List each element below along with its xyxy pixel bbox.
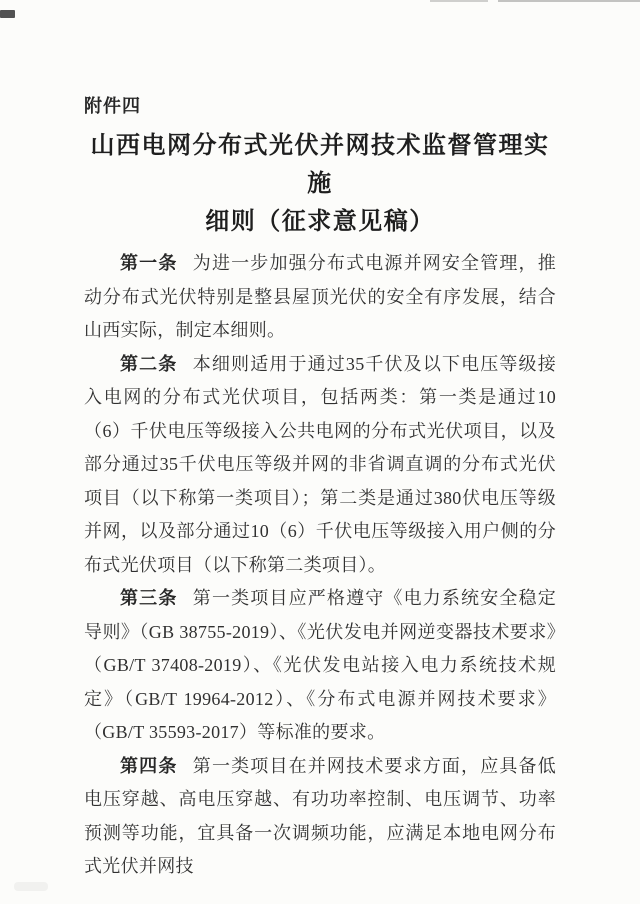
scan-artifact-top-line [498, 0, 640, 2]
scan-artifact-top-line [430, 0, 488, 2]
document-title: 山西电网分布式光伏并网技术监督管理实施 细则（征求意见稿） [84, 127, 556, 241]
article-1-paragraph: 第一条为进一步加强分布式电源并网安全管理，推动分布式光伏特别是整县屋顶光伏的安全… [84, 247, 556, 348]
article-4-paragraph: 第四条第一类项目在并网技术要求方面，应具备低电压穿越、高电压穿越、有功功率控制、… [84, 750, 556, 884]
article-1-number: 第一条 [120, 253, 178, 273]
article-2-text: 本细则适用于通过35千伏及以下电压等级接入电网的分布式光伏项目，包括两类：第一类… [84, 354, 556, 575]
attachment-label: 附件四 [84, 96, 556, 116]
document-body: 第一条为进一步加强分布式电源并网安全管理，推动分布式光伏特别是整县屋顶光伏的安全… [84, 247, 556, 884]
scan-artifact-bottom-smudge [14, 882, 48, 891]
article-2-paragraph: 第二条本细则适用于通过35千伏及以下电压等级接入电网的分布式光伏项目，包括两类：… [84, 348, 556, 583]
article-3-text: 第一类项目应严格遵守《电力系统安全稳定导则》（GB 38755-2019）、《光… [84, 588, 556, 742]
article-4-number: 第四条 [120, 756, 178, 776]
article-3-paragraph: 第三条第一类项目应严格遵守《电力系统安全稳定导则》（GB 38755-2019）… [84, 582, 556, 750]
scanned-document-page: 附件四 山西电网分布式光伏并网技术监督管理实施 细则（征求意见稿） 第一条为进一… [0, 0, 640, 904]
document-title-line-2: 细则（征求意见稿） [84, 203, 556, 241]
scan-artifact-left-dash [0, 10, 15, 18]
article-3-number: 第三条 [120, 588, 178, 608]
document-title-line-1: 山西电网分布式光伏并网技术监督管理实施 [84, 127, 556, 203]
article-2-number: 第二条 [120, 354, 177, 374]
